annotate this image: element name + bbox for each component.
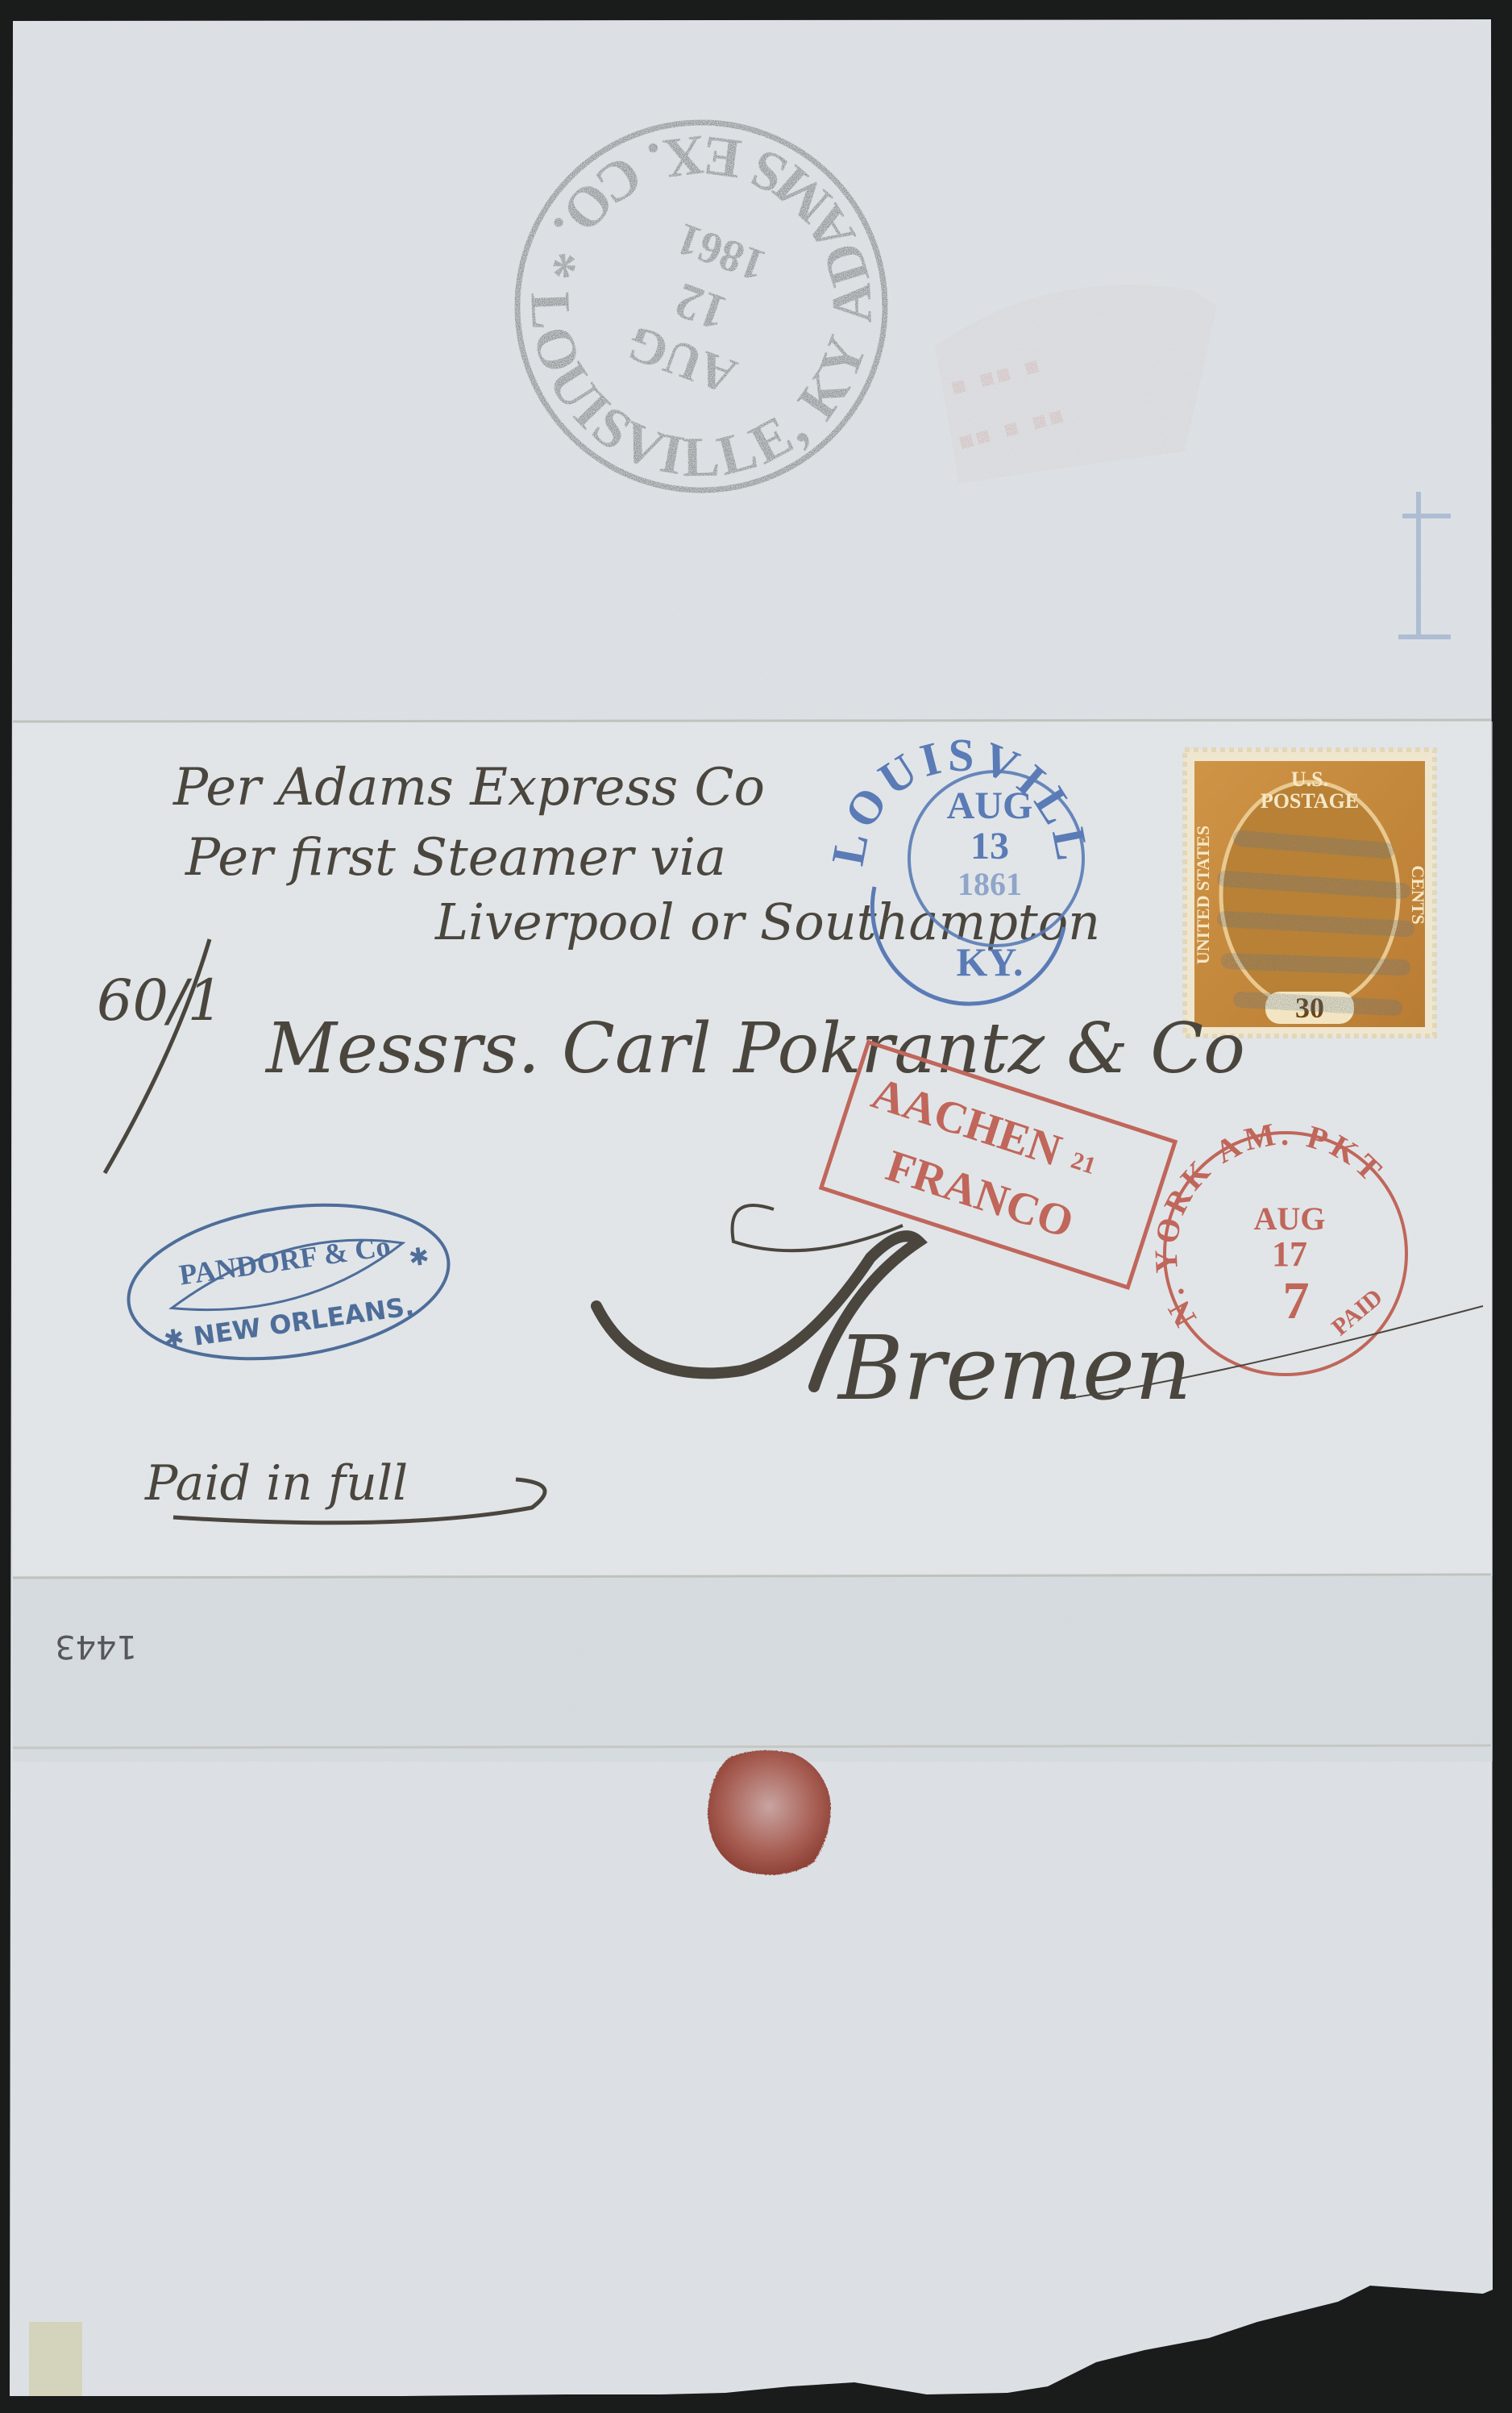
stamp-header: POSTAGE: [1261, 789, 1359, 813]
louisville-month: AUG: [947, 784, 1033, 827]
pandorf-line-2-star-left: ✱: [162, 1324, 186, 1354]
rate-mark-text: 60/1: [97, 967, 223, 1034]
tape-stain: [29, 2322, 82, 2396]
stamp-country: U.S.: [1291, 768, 1328, 791]
routing-line-2: Per first Steamer via: [185, 828, 726, 888]
postal-cover-photo: ADAMS EX. CO. * LOUISVILLE, KY. * AUG 12…: [0, 0, 1512, 2413]
stamp-side-right: CENTS: [1408, 865, 1428, 924]
ny-month: AUG: [1254, 1200, 1326, 1237]
pencil-note: 1443: [55, 1628, 137, 1665]
ny-rate: 7: [1283, 1271, 1310, 1330]
stamp-side-left: UNITED STATES: [1193, 826, 1213, 964]
addressee-line: Messrs. Carl Pokrantz & Co: [264, 1009, 1245, 1089]
adhesive-stamp-30c: U.S. POSTAGE UNITED STATES CENTS 30: [1185, 750, 1435, 1036]
louisville-day: 13: [970, 825, 1009, 867]
louisville-year: 1861: [957, 866, 1022, 902]
louisville-bottom-text: KY.: [957, 939, 1024, 984]
paid-note-text: Paid in full: [144, 1455, 408, 1512]
fold-line-upper: [13, 720, 1491, 722]
ny-day: 17: [1272, 1234, 1307, 1274]
pandorf-star-right: ✱: [407, 1242, 431, 1273]
wax-seal: [708, 1750, 831, 1875]
routing-line-1: Per Adams Express Co: [172, 758, 765, 818]
destination-city: Bremen: [837, 1317, 1192, 1420]
